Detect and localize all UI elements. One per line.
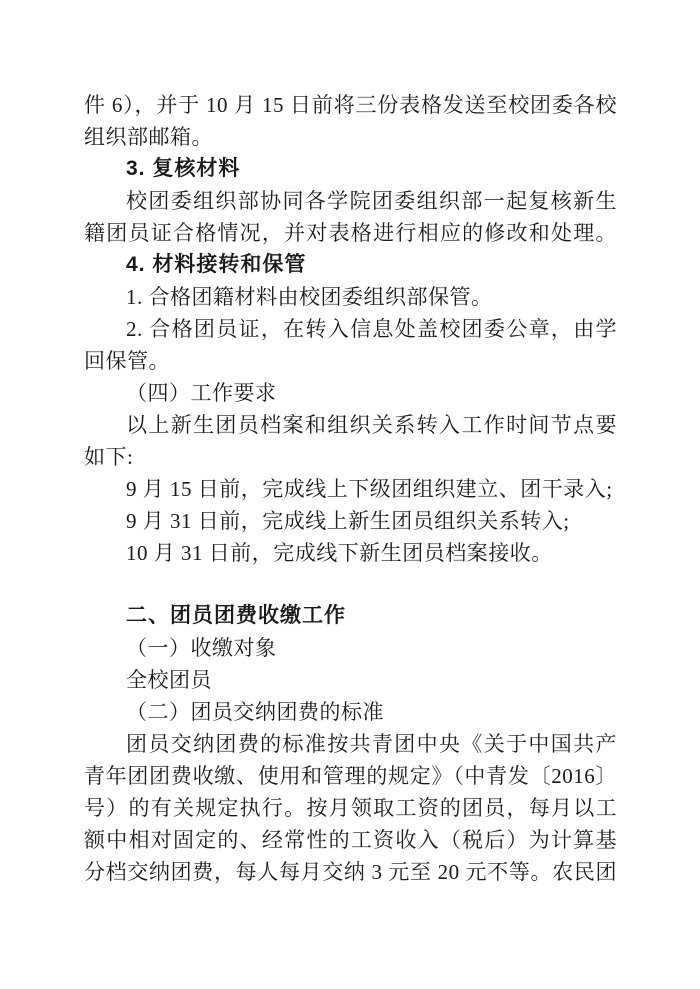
text-line: 以上新生团员档案和组织关系转入工作时间节点要求 xyxy=(84,409,617,441)
text-line: 籍团员证合格情况，并对表格进行相应的修改和处理。 xyxy=(84,217,617,249)
deadline-item: 9 月 15 日前，完成线上下级团组织建立、团干录入; xyxy=(84,473,617,505)
subheading-collection-target: （一）收缴对象 xyxy=(84,632,617,664)
text-line: 青年团团费收缴、使用和管理的规定》（中青发〔2016〕13 xyxy=(84,760,617,792)
text-line: 组织部邮箱。 xyxy=(84,121,617,153)
text-line: 全校团员 xyxy=(84,664,617,696)
text-line: 团员交纳团费的标准按共青团中央《关于中国共产主义 xyxy=(84,728,617,760)
text-line: 额中相对固定的、经常性的工资收入（税后）为计算基数， xyxy=(84,824,617,856)
text-line: 回保管。 xyxy=(84,345,617,377)
text-line: 件 6），并于 10 月 15 日前将三份表格发送至校团委各校区 xyxy=(84,89,617,121)
deadline-item: 9 月 31 日前，完成线上新生团员组织关系转入; xyxy=(84,505,617,537)
text-line: 2. 合格团员证，在转入信息处盖校团委公章，由学院带 xyxy=(84,313,617,345)
text-line: 如下: xyxy=(84,441,617,473)
subheading-dues-standard: （二）团员交纳团费的标准 xyxy=(84,696,617,728)
heading-review-materials: 3. 复核材料 xyxy=(84,153,617,185)
text-line: 分档交纳团费，每人每月交纳 3 元至 20 元不等。农民团员 xyxy=(84,856,617,888)
text-line: 号）的有关规定执行。按月领取工资的团员，每月以工资总 xyxy=(84,792,617,824)
heading-material-transfer-storage: 4. 材料接转和保管 xyxy=(84,249,617,281)
deadline-item: 10 月 31 日前，完成线下新生团员档案接收。 xyxy=(84,537,617,569)
text-line: 校团委组织部协同各学院团委组织部一起复核新生团 xyxy=(84,185,617,217)
document-page: 件 6），并于 10 月 15 日前将三份表格发送至校团委各校区 组织部邮箱。 … xyxy=(0,0,700,989)
heading-section-two-membership-dues: 二、团员团费收缴工作 xyxy=(84,600,617,632)
text-line: 1. 合格团籍材料由校团委组织部保管。 xyxy=(84,281,617,313)
subheading-work-requirements: （四）工作要求 xyxy=(84,377,617,409)
